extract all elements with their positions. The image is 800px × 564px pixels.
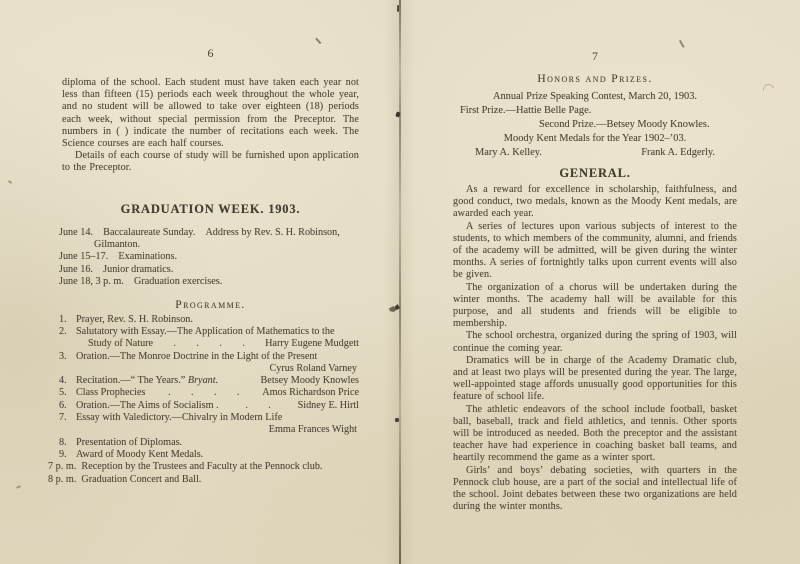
dot-leader: . . [219, 400, 298, 412]
fold-staple-mark [397, 5, 399, 12]
heading-programme: Programme. [62, 299, 359, 312]
honors-block: Annual Prize Speaking Contest, March 20,… [453, 90, 737, 160]
evening-event: 7 p. m. Reception by the Trustees and Fa… [48, 461, 359, 473]
second-prize-line: Second Prize.—Betsey Moody Knowles. [453, 118, 737, 132]
paragraph-medals: As a reward for excellence in scholarshi… [453, 184, 737, 221]
programme-list: 1. Prayer, Rev. S. H. Robinson. 2. Salut… [59, 314, 359, 462]
paragraph-lectures: A series of lectures upon various subjec… [453, 221, 737, 282]
right-page: 7 Honors and Prizes. Annual Prize Speaki… [453, 0, 737, 513]
first-prize-line: First Prize.—Hattie Belle Page. [453, 104, 737, 118]
participant-name: Betsey Moody Knowles [261, 375, 359, 387]
medal-winners: Mary A. Kelley. Frank A. Edgerly. [453, 146, 737, 160]
evening-events: 7 p. m. Reception by the Trustees and Fa… [48, 461, 359, 486]
medal-winner-right: Frank A. Edgerly. [641, 146, 715, 160]
page-number-right: 7 [453, 50, 737, 63]
paragraph-course-details: Details of each course of study will be … [62, 150, 359, 174]
programme-item: 9. Award of Moody Kent Medals. [59, 449, 359, 461]
author-name-italic: Bryant. [188, 375, 218, 387]
schedule-item-continuation: Gilmanton. [59, 239, 359, 251]
paragraph-debating: Girls’ and boys’ debating societies, wit… [453, 465, 737, 514]
programme-item: 4. Recitation.—“ The Years.” Bryant. Bet… [59, 375, 359, 387]
programme-item: 6. Oration.—The Aims of Socialism . . . … [59, 400, 359, 412]
contest-line: Annual Prize Speaking Contest, March 20,… [453, 90, 737, 104]
dot-leader: . . . . [153, 338, 265, 350]
programme-item: 3. Oration.—The Monroe Doctrine in the L… [59, 351, 359, 376]
participant-name: Emma Frances Wight [76, 424, 359, 436]
programme-item: 7. Essay with Valedictory.—Chivalry in M… [59, 412, 359, 437]
programme-item: 5. Class Prophecies . . . . Amos Richard… [59, 387, 359, 399]
paragraph-orchestra: The school orchestra, organized during t… [453, 330, 737, 354]
dot-leader: . . . . [145, 387, 262, 399]
heading-general: GENERAL. [453, 166, 737, 181]
participant-name: Amos Richardson Price [262, 387, 359, 399]
programme-item: 1. Prayer, Rev. S. H. Robinson. [59, 314, 359, 326]
general-paragraphs: As a reward for excellence in scholarshi… [453, 184, 737, 513]
participant-name: Harry Eugene Mudgett [265, 338, 359, 350]
left-page: 6 diploma of the school. Each student mu… [62, 0, 359, 486]
schedule-item: June 16. Junior dramatics. [59, 264, 359, 276]
heading-graduation-week: GRADUATION WEEK. 1903. [62, 202, 359, 217]
evening-event: 8 p. m. Graduation Concert and Ball. [48, 474, 359, 486]
schedule-item: June 15–17. Examinations. [59, 251, 359, 263]
paragraph-chorus: The organization of a chorus will be und… [453, 282, 737, 331]
paragraph-athletics: The athletic endeavors of the school inc… [453, 404, 737, 465]
fold-staple-mark [389, 304, 401, 313]
book-fold-line [399, 0, 401, 564]
medal-winner-left: Mary A. Kelley. [475, 146, 542, 160]
programme-item: 8. Presentation of Diplomas. [59, 437, 359, 449]
schedule-item: June 14. Baccalaureate Sunday. Address b… [59, 227, 359, 252]
heading-honors-and-prizes: Honors and Prizes. [453, 73, 737, 86]
paragraph-dramatics: Dramatics will be in charge of the Acade… [453, 355, 737, 404]
participant-name: Cyrus Roland Varney [76, 363, 359, 375]
page-number-left: 6 [62, 47, 359, 60]
medals-line: Moody Kent Medals for the Year 1902–’03. [453, 132, 737, 146]
participant-name: Sidney E. Hirtl [298, 400, 359, 412]
programme-item: 2. Salutatory with Essay.—The Applicatio… [59, 326, 359, 351]
schedule-item: June 18, 3 p. m. Graduation exercises. [59, 276, 359, 288]
paragraph-course-requirements: diploma of the school. Each student must… [62, 77, 359, 150]
graduation-schedule: June 14. Baccalaureate Sunday. Address b… [59, 227, 359, 289]
